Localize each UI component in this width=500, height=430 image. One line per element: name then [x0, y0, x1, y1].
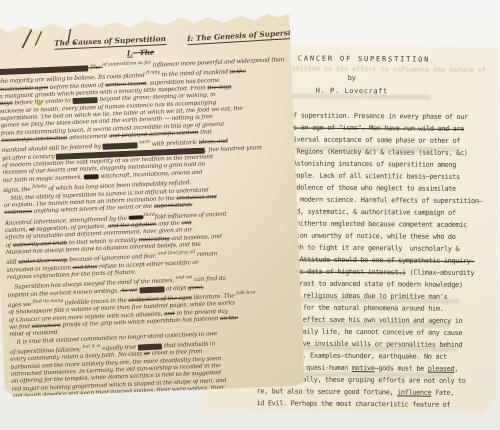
- text-segment: we find: [9, 324, 32, 331]
- text-segment: still: [6, 260, 18, 266]
- inserted-text: firmly: [146, 71, 160, 77]
- text-segment: can find its: [192, 276, 225, 283]
- struck-text: evil: [181, 220, 191, 226]
- struck-text: and thus: [72, 264, 97, 271]
- struck-text: The: [88, 65, 102, 72]
- struck-text: ideas, and: [199, 139, 228, 146]
- ink-blot: [128, 215, 143, 220]
- chapter-title: I: The Genesis of Superstition: [187, 27, 311, 45]
- text-segment: (Climax—absurdity: [406, 268, 474, 277]
- text-line: id Evil. Perhaps the most characteristic…: [256, 397, 490, 411]
- struck-text: written record: [105, 81, 146, 89]
- struck-text: gone,: [188, 284, 204, 291]
- inserted-text: folk-lore: [236, 291, 256, 297]
- struck-text: and: [164, 311, 175, 317]
- ink-blot: [84, 174, 99, 179]
- inserted-text: such: [139, 140, 150, 145]
- struck-text: credulous and: [176, 194, 217, 202]
- text-segment: id Evil. Perhaps the most characteristic…: [256, 399, 450, 409]
- text-segment: —gods must be: [375, 364, 428, 372]
- text-segment: Universal acceptance of some phase or ot…: [282, 135, 461, 145]
- struck-text: (Attitude should be one of sympathetic i…: [296, 256, 475, 266]
- struck-text: the days: [207, 84, 231, 91]
- manuscript-page: The Causes of Superstition I: The Genesi…: [0, 12, 305, 398]
- text-segment: fold influences of ancient: [155, 211, 227, 220]
- text-segment: of days: [164, 285, 188, 292]
- underlined-text: influence: [397, 388, 431, 396]
- text-segment: re, but also to secure good fortune,: [257, 387, 398, 396]
- text-segment: remain: [195, 251, 217, 258]
- struck-text: the bonds of: [102, 143, 137, 150]
- struck-text: elsewhere: [32, 323, 61, 330]
- underlined-text: motive: [352, 364, 375, 372]
- struck-text: supernatural.: [154, 202, 193, 210]
- text-segment: equally true: [100, 345, 138, 353]
- inserted-text: but it is: [82, 344, 100, 350]
- text-segment: custom,: [5, 227, 29, 234]
- text-segment: the glamour of hallowe'en.: [13, 413, 89, 422]
- pencil-marks: [15, 23, 96, 52]
- handwritten-text-block: Superstition maintains for most The of s…: [0, 54, 299, 423]
- struck-text: however: [138, 344, 163, 351]
- struck-text: misleading: [138, 236, 169, 243]
- struck-text: days: [0, 101, 13, 108]
- inserted-text: falsity: [32, 184, 46, 190]
- struck-text: The: [132, 48, 154, 58]
- text-segment: and baseless, and: [170, 233, 222, 241]
- text-segment: that individuals in: [162, 341, 215, 349]
- struck-text: As we: [120, 287, 137, 294]
- struck-text: the tomb: [72, 97, 98, 104]
- inserted-text: of superstition so far: [102, 61, 151, 68]
- text-segment: and the: [156, 220, 181, 227]
- struck-text: Fashions: [139, 286, 164, 293]
- inserted-text: find its many: [33, 299, 63, 305]
- inserted-text: and we: [176, 275, 193, 281]
- text-segment: Fate,: [431, 389, 454, 397]
- text-segment: that: [198, 129, 211, 136]
- text-segment: the White Witch, while Irish fairies sti…: [12, 400, 220, 415]
- text-segment: ,: [454, 365, 458, 373]
- text-segment: signs, the: [3, 187, 32, 194]
- text-segment: ages we: [8, 302, 33, 309]
- text-segment: , five hundred years: [205, 145, 262, 153]
- struck-text: on the: [220, 315, 238, 322]
- struck-text: embraces: [4, 209, 32, 216]
- underlined-text: pleased: [428, 365, 455, 373]
- inserted-text: third: [143, 212, 155, 217]
- inserted-text: and fancying all: [158, 250, 195, 257]
- struck-text: in the: [230, 69, 247, 76]
